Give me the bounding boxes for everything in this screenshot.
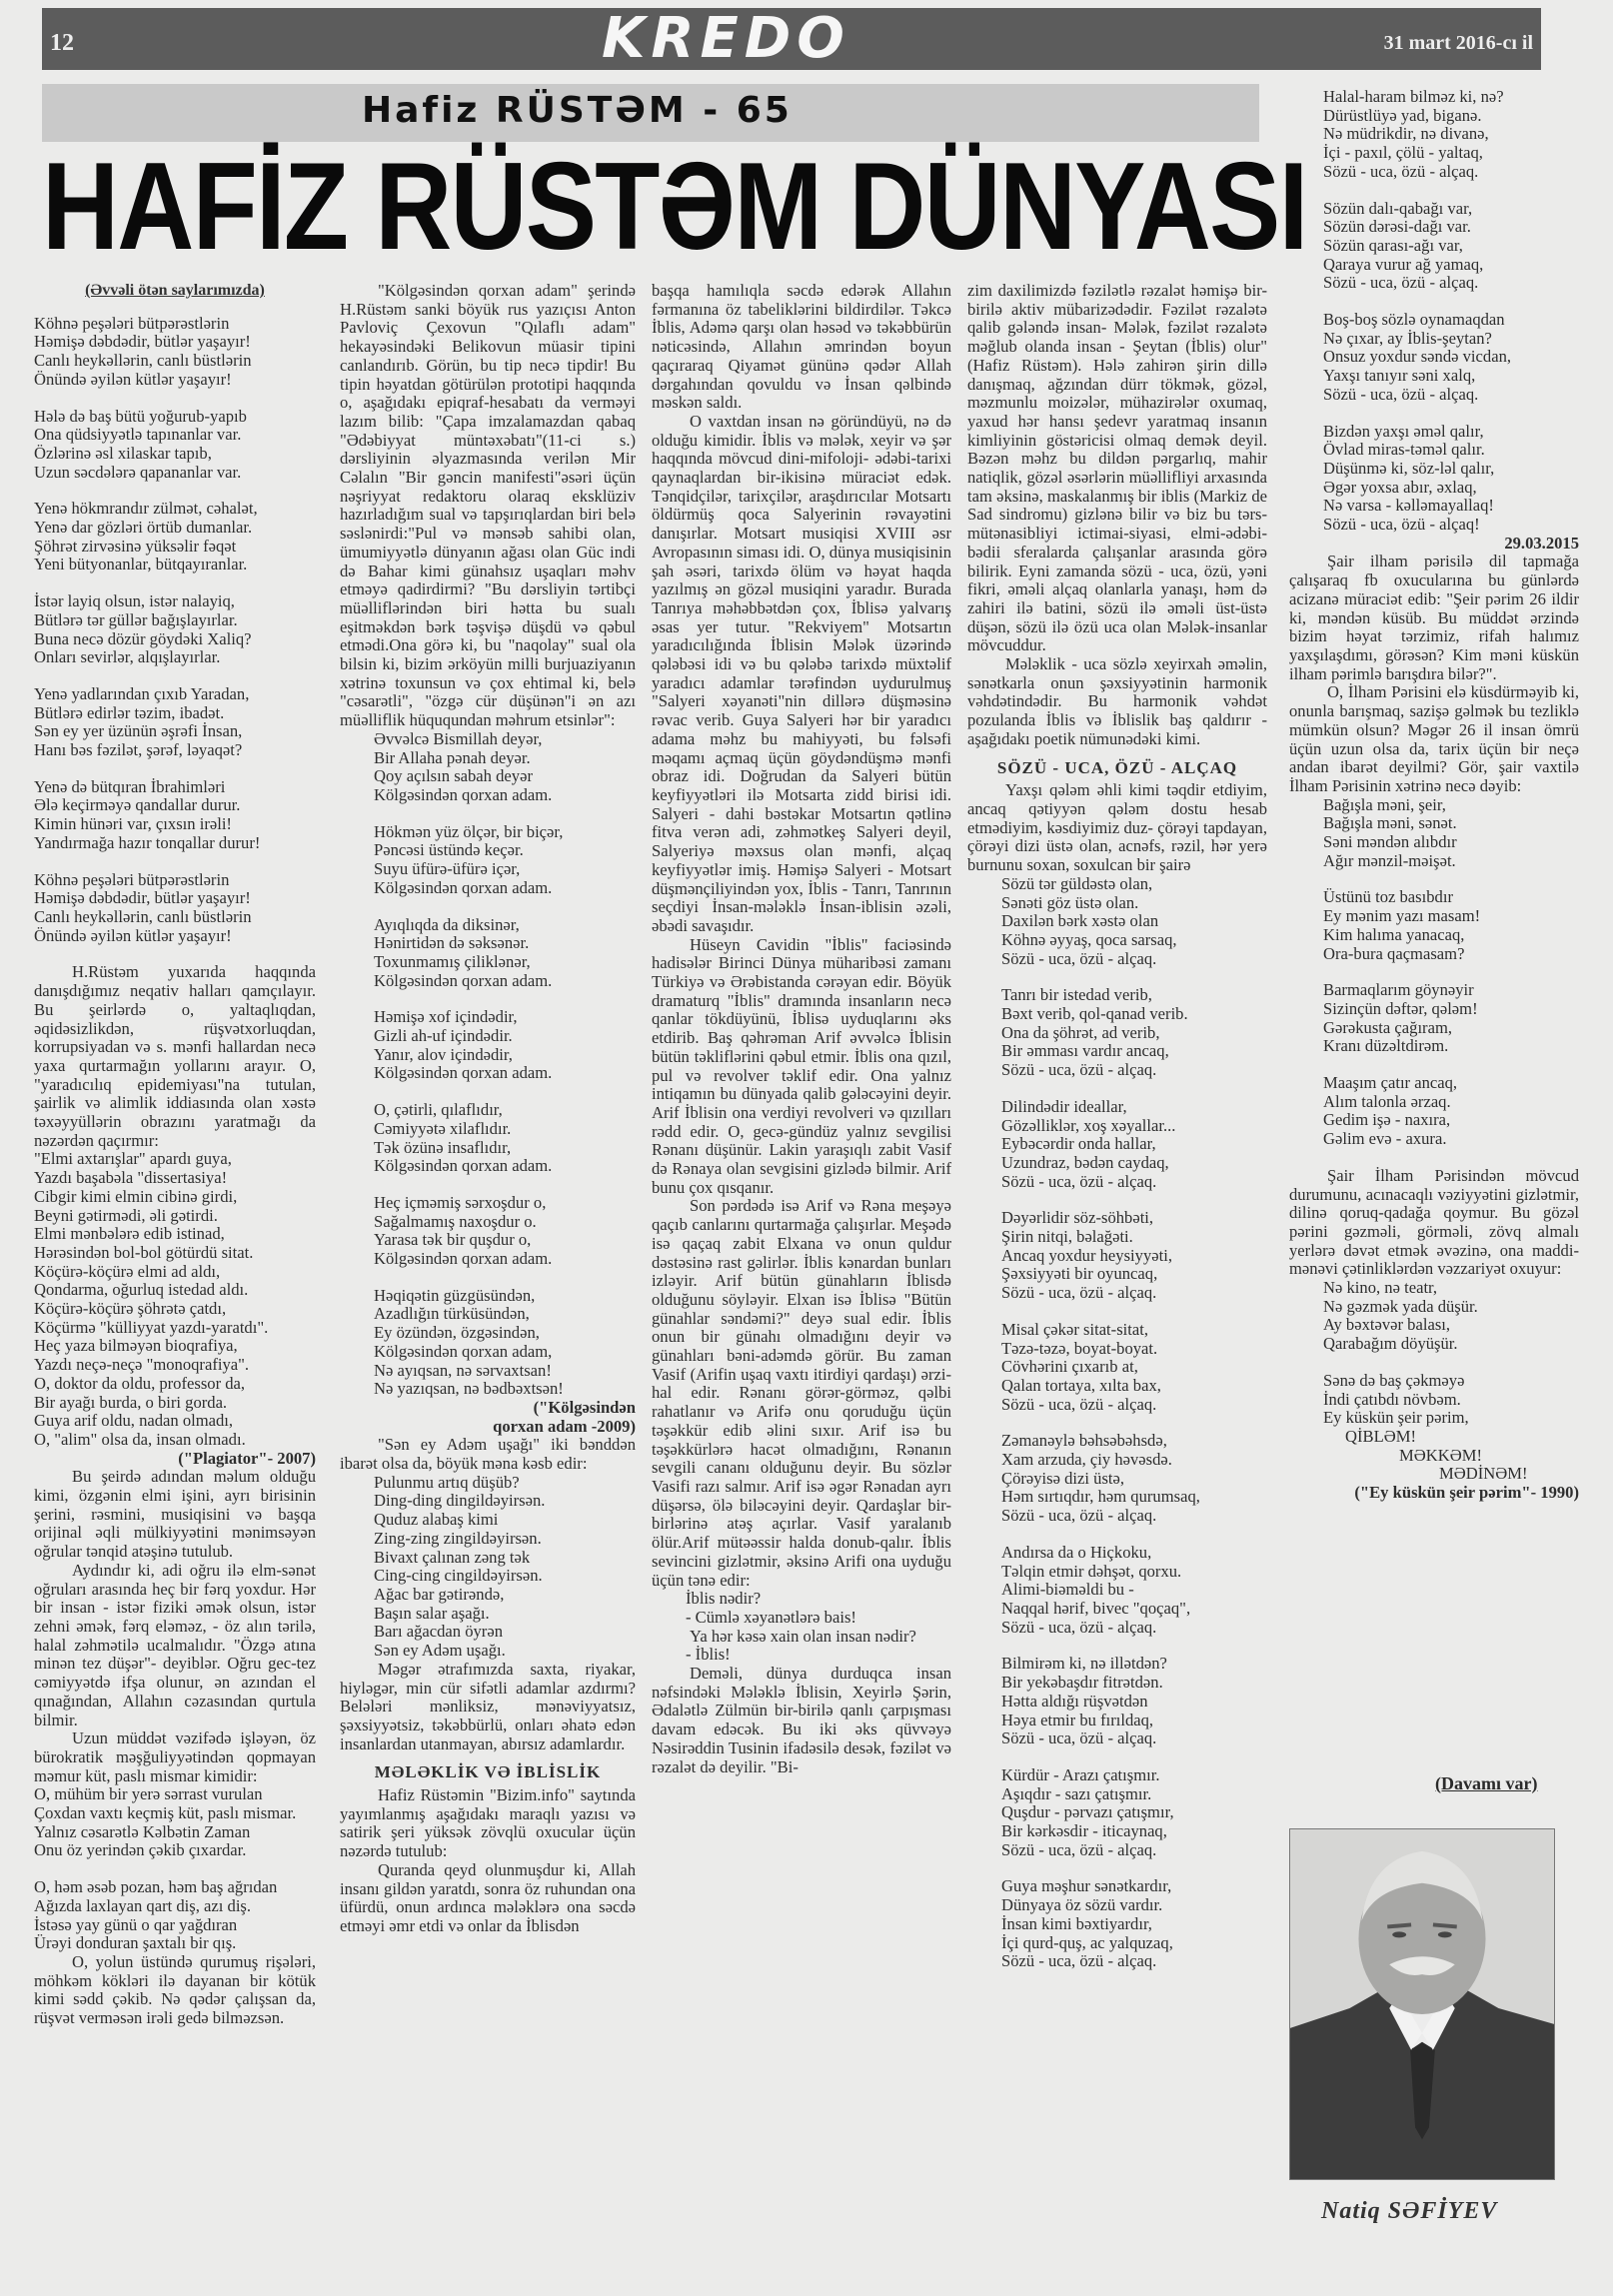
stanza: Sözün dalı-qabağı var,Sözün dərəsi-dağı … bbox=[1289, 200, 1579, 294]
verse-line: Kölgəsindən qorxan adam. bbox=[340, 1064, 636, 1083]
verse-line: Köçürə-köçürə şöhrətə çatdı, bbox=[34, 1300, 316, 1319]
verse-line: Sözün dərəsi-dağı var. bbox=[1289, 218, 1579, 237]
verse-line: Halal-haram bilməz ki, nə? bbox=[1289, 88, 1579, 107]
verse-line: Yazdı neçə-neçə "monoqrafiya". bbox=[34, 1356, 316, 1375]
verse-line: Nə müdrikdir, nə divanə, bbox=[1289, 125, 1579, 144]
stanza: Halal-haram bilməz ki, nə?Dürüstlüyə yad… bbox=[1289, 88, 1579, 182]
paragraph: Quranda qeyd olunmuşdur ki, Allah insanı… bbox=[340, 1861, 636, 1936]
verse-line: İçi - paxıl, çölü - yaltaq, bbox=[1289, 144, 1579, 163]
verse-line: Bütlərə tər güllər bağışlayırlar. bbox=[34, 611, 316, 630]
verse-line: Yenə yadlarından çıxıb Yaradan, bbox=[34, 685, 316, 704]
verse-line: Ağızda laxlayan qart diş, azı diş. bbox=[34, 1897, 316, 1916]
verse-line: Kölgəsindən qorxan adam. bbox=[340, 786, 636, 805]
verse-line: Toxunmamış çiliklənər, bbox=[340, 953, 636, 972]
verse-line: Həmişə dəbdədir, bütlər yaşayır! bbox=[34, 333, 316, 352]
verse-line: Kölgəsindən qorxan adam. bbox=[340, 972, 636, 991]
poem-mismar: O, mühüm bir yerə sərrast vurulanÇoxdan … bbox=[34, 1785, 316, 1953]
verse-line: Kürdür - Arazı çatışmır. bbox=[967, 1766, 1267, 1785]
verse-line: Sözü - uca, özü - alçaq. bbox=[967, 1173, 1267, 1192]
stanza: Guya məşhur sənətkardır,Dünyaya öz sözü … bbox=[967, 1877, 1267, 1971]
column-2: "Kölgəsindən qorxan adam" şerində H.Rüst… bbox=[340, 282, 636, 1936]
verse-line: Ey küskün şeir pərim, bbox=[1289, 1409, 1579, 1428]
verse-line: Naqqal hərif, bivec "qoçaq", bbox=[967, 1600, 1267, 1619]
poem-adem-usagi: Pulunmu artıq düşüb?Ding-ding dingildəyi… bbox=[340, 1474, 636, 1661]
verse-line: Tanrı bir istedad verib, bbox=[967, 986, 1267, 1005]
verse-line: Ürəyi donduran şaxtalı bir qış. bbox=[34, 1934, 316, 1953]
stanza: Sözü tər güldəstə olan,Sənəti göz üstə o… bbox=[967, 875, 1267, 969]
verse-line: Qoy açılsın sabah deyər bbox=[340, 767, 636, 786]
verse-line: Çoxdan vaxtı keçmiş küt, paslı mismar. bbox=[34, 1804, 316, 1823]
verse-line: Sənəti göz üstə olan. bbox=[967, 894, 1267, 913]
verse-line: Alım talonla ərzaq. bbox=[1289, 1093, 1579, 1112]
verse-line: İstəsə yay günü o qar yağdıran bbox=[34, 1916, 316, 1935]
verse-line: Sözü - uca, özü - alçaq. bbox=[967, 1396, 1267, 1415]
verse-line: Yenə hökmrandır zülmət, cəhalət, bbox=[34, 500, 316, 519]
verse-line: Ding-ding dingildəyirsən. bbox=[340, 1492, 636, 1511]
verse-line: Alimi-biəməldi bu - bbox=[967, 1581, 1267, 1600]
verse-line: İstər layiq olsun, istər nalayiq, bbox=[34, 592, 316, 611]
verse-line: Maaşım çatır ancaq, bbox=[1289, 1074, 1579, 1093]
verse-line: Qondarma, oğurluq istedad aldı. bbox=[34, 1281, 316, 1300]
verse-line: Canlı heykəllərin, canlı büstlərin bbox=[34, 908, 316, 927]
stanza: Heç içməmiş sərxoşdur o,Sağalmamış naxoş… bbox=[340, 1194, 636, 1269]
verse-line: Kölgəsindən qorxan adam. bbox=[340, 1157, 636, 1176]
verse-line: Kim halıma yanacaq, bbox=[1289, 926, 1579, 945]
paragraph: zim daxilimizdə fəzilətlə rəzalət həmişə… bbox=[967, 282, 1267, 655]
verse-line: Düşünmə ki, söz-ləl qalır, bbox=[1289, 460, 1579, 479]
verse-line: İndi çatıbdı növbəm. bbox=[1289, 1391, 1579, 1410]
verse-line: Özlərinə əsl xilaskar tapıb, bbox=[34, 445, 316, 464]
verse-line: Yarasa tək bir quşdur o, bbox=[340, 1231, 636, 1250]
verse-line: Ey özündən, özgəsindən, bbox=[340, 1324, 636, 1343]
paragraph: Mələklik - uca sözlə xeyirxah əməlin, sə… bbox=[967, 655, 1267, 749]
verse-line: Yeni bütyonanlar, bütqayıranlar. bbox=[34, 556, 316, 574]
verse-line: Sözü - uca, özü - alçaq. bbox=[967, 1729, 1267, 1748]
verse-line: Önündə əyilən kütlər yaşayır! bbox=[34, 371, 316, 390]
newspaper-page: 12 KREDO 31 mart 2016-cı il Hafiz RÜSTƏM… bbox=[0, 0, 1613, 2296]
verse-line: Sən ey yer üzünün əşrəfi İnsan, bbox=[34, 722, 316, 741]
poem-butler: Köhnə peşələri bütpərəstlərinHəmişə dəbd… bbox=[34, 315, 316, 946]
verse-line: Dəyərlidir söz-söhbəti, bbox=[967, 1209, 1267, 1228]
verse-line: Həqiqətin güzgüsündən, bbox=[340, 1287, 636, 1306]
page-number: 12 bbox=[50, 30, 74, 57]
stanza: O, həm əsəb pozan, həm baş ağrıdanAğızda… bbox=[34, 1878, 316, 1953]
verse-line: Gözəlliklər, xoş xəyallar... bbox=[967, 1117, 1267, 1136]
verse-line: Önündə əyilən kütlər yaşayır! bbox=[34, 927, 316, 946]
verse-line: Azadlığın türküsündən, bbox=[340, 1305, 636, 1324]
paragraph: başqa hamılıqla səcdə edərək Allahın fər… bbox=[652, 282, 951, 413]
verse-line: Yenə dar gözləri örtüb dumanlar. bbox=[34, 519, 316, 538]
verse-line: Ancaq yoxdur heysiyyəti, bbox=[967, 1247, 1267, 1266]
verse-line: Bağışla məni, sənət. bbox=[1289, 814, 1579, 833]
verse-line: Dilindədir ideallar, bbox=[967, 1098, 1267, 1117]
previous-issues-note: (Əvvəli ötən saylarımızda) bbox=[34, 282, 316, 301]
verse-line: Heç içməmiş sərxoşdur o, bbox=[340, 1194, 636, 1213]
verse-line: Bir Allaha pənah deyər. bbox=[340, 749, 636, 768]
verse-line: Bir yekəbaşdır fitrətdən. bbox=[967, 1674, 1267, 1693]
verse-line: Quşdur - pərvazı çatışmır, bbox=[967, 1803, 1267, 1822]
verse-line: O, çətirli, qılaflıdır, bbox=[340, 1101, 636, 1120]
verse-line: Yalnız cəsarətlə Kəlbətin Zaman bbox=[34, 1823, 316, 1842]
stanza: Hələ də baş bütü yoğurub-yapıbOna qüdsiy… bbox=[34, 408, 316, 483]
verse-line: Sənə də baş çəkməyə bbox=[1289, 1372, 1579, 1391]
masthead: 12 KREDO 31 mart 2016-cı il bbox=[42, 8, 1541, 70]
verse-line: Sözü tər güldəstə olan, bbox=[967, 875, 1267, 894]
verse-line: Dürüstlüyə yad, biganə. bbox=[1289, 107, 1579, 126]
column-1: (Əvvəli ötən saylarımızda) Köhnə peşələr… bbox=[34, 282, 316, 2028]
verse-line: Həya etmir bu fırıldaq, bbox=[967, 1712, 1267, 1730]
verse-line: Sözü - uca, özü - alçaq. bbox=[967, 1619, 1267, 1638]
author-photo bbox=[1289, 1828, 1555, 2180]
paragraph: H.Rüstəm yuxarıda haqqında danışdığımız … bbox=[34, 963, 316, 1150]
paragraph: Hüseyn Cavidin "İblis" faciəsində hadisə… bbox=[652, 936, 951, 1198]
verse-line: Yandırmağa hazır tonqallar durur! bbox=[34, 834, 316, 853]
poem-bagisla: Bağışla məni, şeir,Bağışla məni, sənət.S… bbox=[1289, 796, 1579, 1149]
poem-sozu-uca-cont: Halal-haram bilməz ki, nə?Dürüstlüyə yad… bbox=[1289, 88, 1579, 535]
poem-kolgesinden: Əvvəlcə Bismillah deyər,Bir Allaha pənah… bbox=[340, 730, 636, 1399]
paragraph: "Kölgəsindən qorxan adam" şerində H.Rüst… bbox=[340, 282, 636, 730]
verse-line: Nə yazıqsan, nə bədbəxtsən! bbox=[340, 1380, 636, 1399]
verse-line: Ona qüdsiyyətlə tapınanlar var. bbox=[34, 426, 316, 445]
paragraph: Hafiz Rüstəmin "Bizim.info" saytında yay… bbox=[340, 1786, 636, 1861]
verse-line: Kimin hünəri var, çıxsın irəli! bbox=[34, 815, 316, 834]
finale-line: MƏKKƏM! bbox=[1289, 1447, 1579, 1466]
finale-line: QİBLƏM! bbox=[1289, 1428, 1579, 1447]
stanza: Andırsa da o Hiçkoku,Təlqin etmir dəhşət… bbox=[967, 1544, 1267, 1638]
verse-line: Sözü - uca, özü - alçaq. bbox=[967, 1284, 1267, 1303]
headline: HAFİZ RÜSTƏM DÜNYASI bbox=[42, 148, 1088, 266]
verse-line: Sözün qarası-ağı var, bbox=[1289, 237, 1579, 256]
verse-line: Ona da şöhrət, ad verib, bbox=[967, 1024, 1267, 1043]
stanza: Yenə də bütqıran İbrahimləriƏlə keçirməy… bbox=[34, 778, 316, 853]
stanza: Həmişə xof içindədir,Gizli ah-uf içindəd… bbox=[340, 1008, 636, 1083]
verse-line: Həmişə xof içindədir, bbox=[340, 1008, 636, 1027]
verse-line: Təzə-təzə, boyat-boyat. bbox=[967, 1340, 1267, 1359]
verse-line: Aşıqdır - sazı çatışmır. bbox=[967, 1785, 1267, 1804]
verse-line: Zəmanəylə bəhsəbəhsdə, bbox=[967, 1432, 1267, 1451]
verse-line: Bəxt verib, qol-qanad verib. bbox=[967, 1005, 1267, 1024]
verse-line: Sizinçün dəftər, qələm! bbox=[1289, 1000, 1579, 1019]
verse-line: Bivaxt çalınan zəng tək bbox=[340, 1549, 636, 1568]
verse-line: Hökmən yüz ölçər, bir biçər, bbox=[340, 823, 636, 842]
paragraph: O vaxtdan insan nə göründüyü, nə də oldu… bbox=[652, 413, 951, 936]
paragraph: O, yolun üstündə qurumuş rişələri, möhkə… bbox=[34, 1953, 316, 2028]
verse-line: Başın salar aşağı. bbox=[340, 1605, 636, 1624]
verse-line: Gərəkusta çağıram, bbox=[1289, 1019, 1579, 1038]
stanza: Bağışla məni, şeir,Bağışla məni, sənət.S… bbox=[1289, 796, 1579, 871]
paragraph: Uzun müddət vəzifədə işləyən, öz bürokra… bbox=[34, 1729, 316, 1785]
verse-line: Xam arzuda, çiy həvəsdə. bbox=[967, 1451, 1267, 1470]
verse-line: Sağalmamış naxoşdur o. bbox=[340, 1213, 636, 1232]
stanza: Tanrı bir istedad verib,Bəxt verib, qol-… bbox=[967, 986, 1267, 1080]
stanza: Bilmirəm ki, nə illətdən?Bir yekəbaşdır … bbox=[967, 1655, 1267, 1748]
verse-line: Eybəcərdir onda hallar, bbox=[967, 1135, 1267, 1154]
verse-line: Ayıqlıqda da diksinər, bbox=[340, 916, 636, 935]
verse-line: Daxilən bərk xəstə olan bbox=[967, 912, 1267, 931]
verse-line: Barı ağacdan öyrən bbox=[340, 1623, 636, 1642]
issue-date: 31 mart 2016-cı il bbox=[1384, 32, 1533, 55]
verse-line: İçi qurd-quş, ac yalquzaq, bbox=[967, 1934, 1267, 1953]
stanza: Köhnə peşələri bütpərəstlərinHəmişə dəbd… bbox=[34, 315, 316, 390]
section-title: MƏLƏKLİK VƏ İBLİSLİK bbox=[340, 1763, 636, 1782]
verse-line: Onları sevirlər, alqışlayırlar. bbox=[34, 648, 316, 667]
verse-line: Sözün dalı-qabağı var, bbox=[1289, 200, 1579, 219]
verse-line: Kölgəsindən qorxan adam. bbox=[340, 879, 636, 898]
poem-date: 29.03.2015 bbox=[1289, 535, 1579, 554]
column-5: Halal-haram bilməz ki, nə?Dürüstlüyə yad… bbox=[1289, 88, 1579, 1503]
verse-line: Kölgəsindən qorxan adam, bbox=[340, 1343, 636, 1362]
verse-line: İnsan kimi bəxtiyardır, bbox=[967, 1915, 1267, 1934]
verse-line: Sözü - uca, özü - alçaq. bbox=[967, 950, 1267, 969]
verse-line: Sözü - uca, özü - alçaq. bbox=[1289, 386, 1579, 405]
stanza: İstər layiq olsun, istər nalayiq,Bütlərə… bbox=[34, 592, 316, 667]
verse-line: Quduz alabaş kimi bbox=[340, 1511, 636, 1530]
verse-line: Köhnə əyyaş, qoca sarsaq, bbox=[967, 931, 1267, 950]
verse-line: Cövhərini çıxarıb at, bbox=[967, 1358, 1267, 1377]
stanza: Ayıqlıqda da diksinər,Hənirtidən də səks… bbox=[340, 916, 636, 991]
verse-line: Pəncəsi üstündə keçər. bbox=[340, 841, 636, 860]
verse-line: "Elmi axtarışlar" apardı guya, bbox=[34, 1150, 316, 1169]
verse-line: Misal çəkər sitat-sitat, bbox=[967, 1321, 1267, 1340]
verse-line: Cəmiyyətə xilaflıdır. bbox=[340, 1120, 636, 1139]
verse-line: Tək özünə insaflıdır, bbox=[340, 1139, 636, 1158]
verse-line: Həm sırtıqdır, həm qurumsaq, bbox=[967, 1488, 1267, 1507]
verse-line: Andırsa da o Hiçkoku, bbox=[967, 1544, 1267, 1563]
stanza: Köhnə peşələri bütpərəstlərinHəmişə dəbd… bbox=[34, 871, 316, 946]
series-title: Hafiz RÜSTƏM - 65 bbox=[362, 90, 793, 131]
verse-line: Sözü - uca, özü - alçaq. bbox=[1289, 163, 1579, 182]
verse-line: Qaraya vurur ağ yamaq, bbox=[1289, 256, 1579, 275]
verse-line: Ağac bar gətirəndə, bbox=[340, 1586, 636, 1605]
stanza: Sənə də baş çəkməyəİndi çatıbdı növbəm.E… bbox=[1289, 1372, 1579, 1428]
verse-line: Qalan tortaya, xılta bax, bbox=[967, 1377, 1267, 1396]
stanza: Kürdür - Arazı çatışmır.Aşıqdır - sazı ç… bbox=[967, 1766, 1267, 1860]
verse-line: Elmi mənbələrə edib istinad, bbox=[34, 1225, 316, 1244]
paragraph: Şair ilham pərisilə dil tapmağa çalışara… bbox=[1289, 553, 1579, 683]
verse-line: Nə kino, nə teatr, bbox=[1289, 1279, 1579, 1298]
stanza: Maaşım çatır ancaq,Alım talonla ərzaq.Ge… bbox=[1289, 1074, 1579, 1149]
verse-line: O, "alim" olsa da, insan olmadı. bbox=[34, 1431, 316, 1450]
verse-line: Beyni gətirmədi, əli gətirdi. bbox=[34, 1207, 316, 1226]
dialog: İblis nədir?- Cümlə xəyanətlərə bais! bbox=[652, 1590, 951, 1627]
paragraph: Ya hər kəsə xain olan insan nədir? bbox=[652, 1628, 951, 1647]
verse-line: Bütlərə edirlər təzim, ibadət. bbox=[34, 704, 316, 723]
verse-line: Bağışla məni, şeir, bbox=[1289, 796, 1579, 815]
verse-line: Üstünü toz basıbdır bbox=[1289, 888, 1579, 907]
verse-line: Şöhrət zirvəsinə yüksəlir fəqət bbox=[34, 538, 316, 557]
verse-line: Nə çıxar, ay İblis-şeytan? bbox=[1289, 330, 1579, 349]
paragraph: Yaxşı qələm əhli kimi təqdir etdiyim, an… bbox=[967, 781, 1267, 875]
verse-line: Bir ayağı burda, o biri gorda. bbox=[34, 1394, 316, 1413]
newspaper-logo: KREDO bbox=[602, 8, 850, 70]
verse-line: Hələ də baş bütü yoğurub-yapıb bbox=[34, 408, 316, 427]
verse-line: Uzun səcdələrə qapananlar var. bbox=[34, 464, 316, 483]
verse-line: Gizli ah-uf içindədir. bbox=[340, 1027, 636, 1046]
finale-line: MƏDİNƏM! bbox=[1289, 1465, 1579, 1484]
verse-line: Hanı bəs fəzilət, şərəf, ləyaqət? bbox=[34, 741, 316, 760]
column-3: başqa hamılıqla səcdə edərək Allahın fər… bbox=[652, 282, 951, 1776]
verse-line: Onsuz yoxdur səndə vicdan, bbox=[1289, 348, 1579, 367]
paragraph: "Sən ey Adəm uşağı" iki bənddən ibarət o… bbox=[340, 1436, 636, 1473]
verse-line: Kölgəsindən qorxan adam. bbox=[340, 1250, 636, 1269]
verse-line: Kranı düzəltdirəm. bbox=[1289, 1037, 1579, 1056]
paragraph: Bu şeirdə adından məlum olduğu kimi, özg… bbox=[34, 1468, 316, 1562]
verse-line: Ey mənim yazı masam! bbox=[1289, 907, 1579, 926]
stanza: O, çətirli, qılaflıdır,Cəmiyyətə xilaflı… bbox=[340, 1101, 636, 1176]
stanza: Yenə yadlarından çıxıb Yaradan,Bütlərə e… bbox=[34, 685, 316, 760]
verse-line: Şəxsiyyəti bir oyuncaq, bbox=[967, 1265, 1267, 1284]
verse-line: Şirin nitqi, bəlağəti. bbox=[967, 1228, 1267, 1247]
verse-line: Hətta aldığı rüşvətdən bbox=[967, 1693, 1267, 1712]
verse-line: Ay bəxtəvər balası, bbox=[1289, 1316, 1579, 1335]
verse-line: Köçürmə "külliyyat yazdı-yaratdı". bbox=[34, 1319, 316, 1338]
paragraph: Məgər ətrafımızda saxta, riyakar, hiyləg… bbox=[340, 1661, 636, 1754]
stanza: Zəmanəylə bəhsəbəhsdə,Xam arzuda, çiy hə… bbox=[967, 1432, 1267, 1526]
verse-line: Guya məşhur sənətkardır, bbox=[967, 1877, 1267, 1896]
verse-line: Sözü - uca, özü - alçaq. bbox=[1289, 274, 1579, 293]
verse-line: Nə ayıqsan, nə sərvaxtsan! bbox=[340, 1362, 636, 1381]
paragraph: Şair İlham Pərisindən mövcud durumunu, a… bbox=[1289, 1167, 1579, 1279]
verse-line: Buna necə dözür göydəki Xaliq? bbox=[34, 630, 316, 649]
verse-line: Köçürə-köçürə elmi ad aldı, bbox=[34, 1263, 316, 1282]
verse-line: Sözü - uca, özü - alçaq. bbox=[967, 1841, 1267, 1860]
stanza: O, mühüm bir yerə sərrast vurulanÇoxdan … bbox=[34, 1785, 316, 1860]
stanza: Yenə hökmrandır zülmət, cəhalət,Yenə dar… bbox=[34, 500, 316, 574]
verse-line: Cibgir kimi elmin cibinə girdi, bbox=[34, 1188, 316, 1207]
verse-line: Ora-bura qaçmasam? bbox=[1289, 945, 1579, 964]
verse-line: O, həm əsəb pozan, həm baş ağrıdan bbox=[34, 1878, 316, 1897]
stanza: Barmaqlarım göynəyirSizinçün dəftər, qəl… bbox=[1289, 981, 1579, 1056]
verse-line: Gəlim evə - axura. bbox=[1289, 1130, 1579, 1149]
verse-line: Onu öz yerindən çəkib çıxardar. bbox=[34, 1841, 316, 1860]
verse-line: Nə gəzmək yada düşür. bbox=[1289, 1298, 1579, 1317]
paragraph: Son pərdədə isə Arif və Rəna meşəyə qaçı… bbox=[652, 1197, 951, 1590]
verse-line: Yanır, alov içindədir, bbox=[340, 1046, 636, 1065]
poem-source: ("Plagiator"- 2007) bbox=[34, 1450, 316, 1469]
stanza: Dilindədir ideallar,Gözəlliklər, xoş xəy… bbox=[967, 1098, 1267, 1192]
stanza: Nə kino, nə teatr,Nə gəzmək yada düşür.A… bbox=[1289, 1279, 1579, 1354]
author-byline: Natiq SƏFİYEV bbox=[1321, 2198, 1497, 2225]
series-title-band: Hafiz RÜSTƏM - 65 bbox=[42, 84, 1259, 142]
continued-note: (Davamı var) bbox=[1435, 1773, 1537, 1794]
verse-line: Övlad miras-təməl qalır. bbox=[1289, 441, 1579, 460]
stanza: Əvvəlcə Bismillah deyər,Bir Allaha pənah… bbox=[340, 730, 636, 805]
verse-line: Əgər yoxsa abır, əxlaq, bbox=[1289, 479, 1579, 498]
stanza: Boş-boş sözlə oynamaqdanNə çıxar, ay İbl… bbox=[1289, 311, 1579, 405]
verse-line: Yenə də bütqıran İbrahimləri bbox=[34, 778, 316, 797]
verse-line: Yazdı başabəla "dissertasiya! bbox=[34, 1169, 316, 1188]
verse-line: Sözü - uca, özü - alçaq! bbox=[1289, 516, 1579, 535]
verse-line: O, doktor da oldu, professor da, bbox=[34, 1375, 316, 1394]
verse-line: Həmişə dəbdədir, bütlər yaşayır! bbox=[34, 889, 316, 908]
verse-line: Yaxşı tanıyır səni xalq, bbox=[1289, 367, 1579, 386]
verse-line: Sən ey Adəm uşağı. bbox=[340, 1642, 636, 1661]
verse-line: Uzundraz, bədən caydaq, bbox=[967, 1154, 1267, 1173]
verse-line: Zing-zing zingildəyirsən. bbox=[340, 1530, 636, 1549]
verse-line: Bir əmması vardır ancaq, bbox=[967, 1042, 1267, 1061]
section-title: SÖZÜ - UCA, ÖZÜ - ALÇAQ bbox=[967, 759, 1267, 778]
verse-line: Guya arif oldu, nadan olmadı, bbox=[34, 1412, 316, 1431]
poem-sozu-uca: Sözü tər güldəstə olan,Sənəti göz üstə o… bbox=[967, 875, 1267, 1971]
paragraph: Aydındır ki, adi oğru ilə elm-sənət oğru… bbox=[34, 1562, 316, 1729]
column-4: zim daxilimizdə fəzilətlə rəzalət həmişə… bbox=[967, 282, 1267, 1989]
verse-line: Hərəsindən bol-bol götürdü sitat. bbox=[34, 1244, 316, 1263]
verse-line: Sözü - uca, özü - alçaq. bbox=[967, 1952, 1267, 1971]
verse-line: Pulunmu artıq düşüb? bbox=[340, 1474, 636, 1493]
dialog-line: - İblis! bbox=[652, 1646, 951, 1665]
verse-line: Sözü - uca, özü - alçaq. bbox=[967, 1507, 1267, 1526]
portrait-image bbox=[1290, 1829, 1554, 2179]
verse-line: O, mühüm bir yerə sərrast vurulan bbox=[34, 1785, 316, 1804]
verse-line: Boş-boş sözlə oynamaqdan bbox=[1289, 311, 1579, 330]
verse-line: Əvvəlcə Bismillah deyər, bbox=[340, 730, 636, 749]
verse-line: İblis nədir? bbox=[652, 1590, 951, 1609]
verse-line: Gedim işə - naxıra, bbox=[1289, 1111, 1579, 1130]
stanza: Üstünü toz basıbdırEy mənim yazı masam!K… bbox=[1289, 888, 1579, 963]
poem-plagiator: "Elmi axtarışlar" apardı guya,Yazdı başa… bbox=[34, 1150, 316, 1449]
verse-line: Canlı heykəllərin, canlı büstlərin bbox=[34, 352, 316, 371]
verse-line: Nə varsa - kəlləmayallaq! bbox=[1289, 497, 1579, 516]
verse-line: Hənirtidən də səksənər. bbox=[340, 934, 636, 953]
verse-line: Barmaqlarım göynəyir bbox=[1289, 981, 1579, 1000]
poem-source: ("Kölgəsindən bbox=[340, 1399, 636, 1418]
verse-line: Sözü - uca, özü - alçaq. bbox=[967, 1061, 1267, 1080]
verse-line: Çörəyisə dizi üstə, bbox=[967, 1470, 1267, 1489]
verse-line: Bilmirəm ki, nə illətdən? bbox=[967, 1655, 1267, 1674]
verse-line: Ağır mənzil-məişət. bbox=[1289, 852, 1579, 871]
verse-line: - Cümlə xəyanətlərə bais! bbox=[652, 1609, 951, 1628]
verse-line: Cing-cing cingildəyirsən. bbox=[340, 1567, 636, 1586]
stanza: Həqiqətin güzgüsündən,Azadlığın türküsün… bbox=[340, 1287, 636, 1399]
verse-line: Suyu üfürə-üfürə içər, bbox=[340, 860, 636, 879]
stanza: Dəyərlidir söz-söhbəti,Şirin nitqi, bəla… bbox=[967, 1209, 1267, 1303]
verse-line: Köhnə peşələri bütpərəstlərin bbox=[34, 871, 316, 890]
verse-line: Bizdən yaxşı əməl qalır, bbox=[1289, 423, 1579, 442]
poem-source: ("Ey küskün şeir pərim"- 1990) bbox=[1289, 1484, 1579, 1503]
verse-line: Təlqin etmir dəhşət, qorxu. bbox=[967, 1563, 1267, 1582]
verse-line: Heç yaza bilməyən bioqrafiya, bbox=[34, 1337, 316, 1356]
verse-line: Dünyaya öz sözü vardır. bbox=[967, 1896, 1267, 1915]
stanza: Misal çəkər sitat-sitat,Təzə-təzə, boyat… bbox=[967, 1321, 1267, 1415]
paragraph: Deməli, dünya durduqca insan nəfsindəki … bbox=[652, 1665, 951, 1776]
verse-line: Köhnə peşələri bütpərəstlərin bbox=[34, 315, 316, 334]
verse-line: Ələ keçirməyə qandallar durur. bbox=[34, 796, 316, 815]
verse-line: Səni məndən alıbdır bbox=[1289, 833, 1579, 852]
poem-source: qorxan adam -2009) bbox=[340, 1418, 636, 1437]
poem-kuskun: Nə kino, nə teatr,Nə gəzmək yada düşür.A… bbox=[1289, 1279, 1579, 1428]
verse-line: Bir kərkəsdir - iticaynaq, bbox=[967, 1822, 1267, 1841]
stanza: Bizdən yaxşı əməl qalır,Övlad miras-təmə… bbox=[1289, 423, 1579, 535]
verse-line: Qarabağım döyüşür. bbox=[1289, 1335, 1579, 1354]
stanza: Hökmən yüz ölçər, bir biçər,Pəncəsi üstü… bbox=[340, 823, 636, 898]
paragraph: O, İlham Pərisini elə küsdürməyib ki, on… bbox=[1289, 683, 1579, 795]
